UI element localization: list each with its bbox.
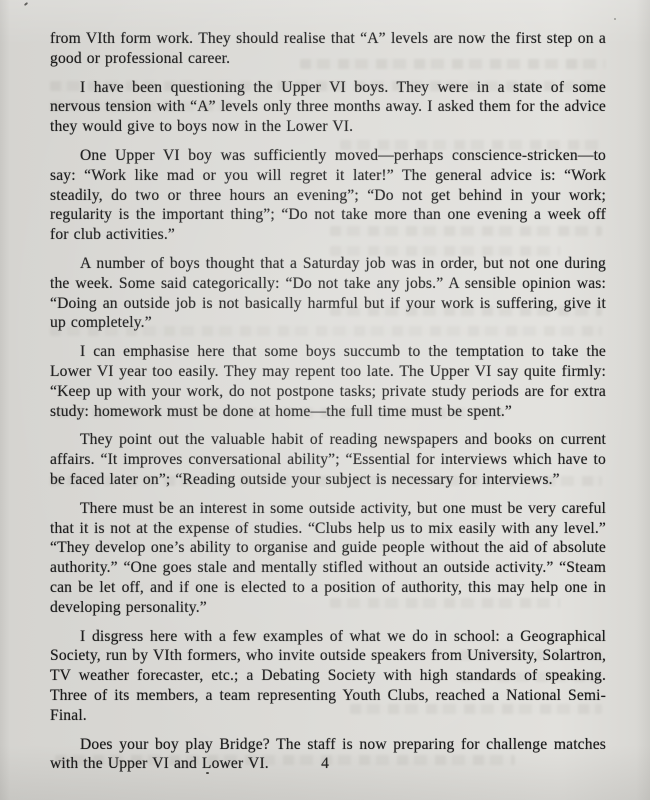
paragraph: I have been questioning the Upper VI boy… xyxy=(50,78,606,137)
paragraph: There must be an interest in some outsid… xyxy=(50,499,606,618)
scanned-book-page: from VIth form work. They should realise… xyxy=(0,0,650,800)
paragraph: I can emphasise here that some boys succ… xyxy=(50,342,606,421)
page-number: 4 xyxy=(0,755,650,773)
paragraph: They point out the valuable habit of rea… xyxy=(50,430,606,489)
paragraph: One Upper VI boy was sufficiently moved—… xyxy=(50,146,606,245)
scan-speck xyxy=(24,2,28,6)
paragraph: A number of boys thought that a Saturday… xyxy=(50,254,606,333)
paragraph: from VIth form work. They should realise… xyxy=(50,29,606,69)
paragraph: I disgress here with a few examples of w… xyxy=(50,627,606,726)
text-block: from VIth form work. They should realise… xyxy=(50,29,606,783)
scan-speck xyxy=(614,18,616,20)
